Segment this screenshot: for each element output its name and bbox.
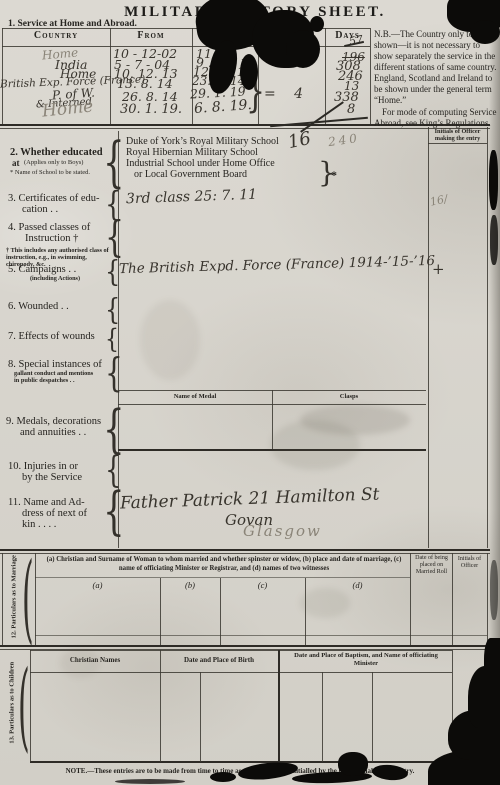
marriage-col-initials: Initials of Officer — [453, 556, 486, 570]
s8-sub1: gallant conduct and mentions — [14, 370, 93, 377]
rule — [30, 650, 31, 762]
s5-mark: + — [432, 260, 445, 278]
children-side-brace: ( — [18, 653, 30, 765]
s4-label2: Instruction † — [25, 233, 78, 244]
s3-label1: 3. Certificates of edu- — [8, 193, 100, 204]
s5-handwriting: The British Expd. Force (France) 1914-’1… — [119, 253, 435, 277]
ink-blot — [240, 54, 258, 90]
s4-label1: 4. Passed classes of — [8, 222, 90, 233]
stain — [60, 648, 100, 678]
s11-label2: dress of next of — [22, 508, 87, 519]
s2-sub1: at — [12, 158, 20, 168]
rule — [35, 553, 36, 647]
s2-sub2: (Applies only to Boys) — [24, 159, 83, 166]
s5-sub: (including Actions) — [30, 275, 80, 282]
rule — [487, 553, 488, 647]
stain — [300, 588, 350, 618]
s9-label1: 9. Medals, decorations — [6, 416, 101, 427]
rule — [0, 645, 490, 647]
rule — [370, 28, 371, 124]
document-page: MILITARY HISTORY SHEET. 1. Service at Ho… — [0, 0, 500, 785]
s2-label: 2. Whether educated — [10, 147, 103, 158]
s10-label1: 10. Injuries in or — [8, 461, 78, 472]
s2-note: * Name of School to be stated. — [10, 169, 90, 176]
s5-label: 5. Campaigns . . — [8, 264, 76, 275]
torn-corner-top-right — [470, 20, 500, 44]
rule — [35, 635, 487, 636]
rule — [322, 672, 323, 762]
s11-label1: 11. Name and Ad- — [8, 497, 85, 508]
marriage-header: (a) Christian and Surname of Woman to wh… — [40, 555, 408, 573]
s2-line4: or Local Government Board — [134, 169, 247, 180]
s2-asterisk: * — [331, 168, 337, 183]
rule — [0, 553, 490, 554]
s6-brace: { — [105, 293, 120, 327]
rule — [278, 650, 280, 762]
next-of-kin-line1: Father Patrick 21 Hamilton St — [120, 484, 380, 513]
s3-label2: cation . . — [22, 204, 58, 215]
marriage-col-c: (c) — [220, 580, 305, 590]
row-6-from: 30. 1. 19. — [120, 102, 182, 117]
s7-label: 7. Effects of wounds — [8, 331, 95, 342]
s11-label3: kin . . . . — [22, 519, 56, 530]
s2-line2: Royal Hibernian Military School — [126, 147, 258, 158]
col-header-country: Country — [2, 30, 110, 41]
stain — [270, 420, 360, 470]
edge-mark — [489, 150, 498, 210]
marriage-side-label: 12. Particulars as to Marriage — [10, 551, 17, 643]
officer-initials-header: Initials of Officer making the entry — [429, 128, 486, 142]
s8-label: 8. Special instances of — [8, 359, 102, 370]
marriage-col-b: (b) — [160, 580, 220, 590]
stain — [140, 300, 200, 380]
nb-note-p2: For mode of computing Service Abroad, se… — [374, 107, 498, 129]
s9-label2: and annuities . . — [20, 427, 86, 438]
edge-mark — [490, 215, 498, 265]
next-of-kin-line3: Glasgow — [243, 522, 322, 540]
s2-line3: Industrial School under Home Office — [126, 158, 275, 169]
row-6-days: 8 — [347, 102, 355, 117]
s2-ink-mark: 16 — [286, 128, 313, 153]
s8-sub2: in public despatches . . — [14, 377, 75, 384]
col-header-from: From — [110, 30, 192, 41]
s2-line1: Duke of York’s Royal Military School — [126, 136, 279, 147]
children-col3: Date and Place of Baptism, and Name of o… — [282, 652, 450, 668]
rule — [35, 577, 410, 578]
row-5-years: = 4 — [264, 86, 310, 102]
rule — [410, 553, 411, 647]
rule — [160, 650, 161, 762]
torn-corner-bottom-right — [484, 638, 500, 690]
medal-header: Name of Medal — [118, 393, 272, 400]
nb-note: N.B.—The Country only to be shown—it is … — [374, 29, 498, 129]
ink-blot — [310, 16, 324, 32]
children-side-label: 13. Particulars as to Children — [8, 653, 15, 753]
rule — [487, 127, 488, 548]
children-col2: Date and Place of Birth — [160, 656, 278, 664]
ink-scribble — [115, 779, 185, 784]
s3-handwriting: 3rd class 25: 7. 11 — [126, 187, 258, 208]
rule — [428, 143, 487, 144]
marriage-side-brace: ( — [22, 545, 34, 657]
s2-pencil-mark: 240 — [327, 131, 361, 149]
clasps-header: Clasps — [272, 393, 426, 400]
ink-scribble — [338, 752, 368, 776]
s10-label2: by the Service — [22, 472, 82, 483]
s8-brace: { — [105, 349, 123, 395]
rule — [0, 549, 490, 551]
marriage-col-a: (a) — [35, 580, 160, 590]
rule — [2, 28, 3, 124]
ink-scribble — [210, 772, 236, 782]
rule — [325, 28, 326, 124]
rule — [200, 672, 201, 762]
rule — [428, 127, 429, 548]
rule — [372, 672, 373, 762]
rule — [2, 553, 3, 647]
ink-blot — [286, 30, 320, 68]
s6-label: 6. Wounded . . — [8, 301, 69, 312]
edge-mark — [490, 560, 498, 620]
rule — [30, 761, 452, 763]
row-6-country: Home — [41, 96, 94, 121]
row-6-to: 6. 8. 19. — [194, 97, 253, 117]
officer-initials-mark: 16/ — [429, 192, 449, 208]
ink-scribble — [237, 760, 298, 782]
marriage-col-roll: Date of being placed on Married Roll — [412, 555, 451, 576]
